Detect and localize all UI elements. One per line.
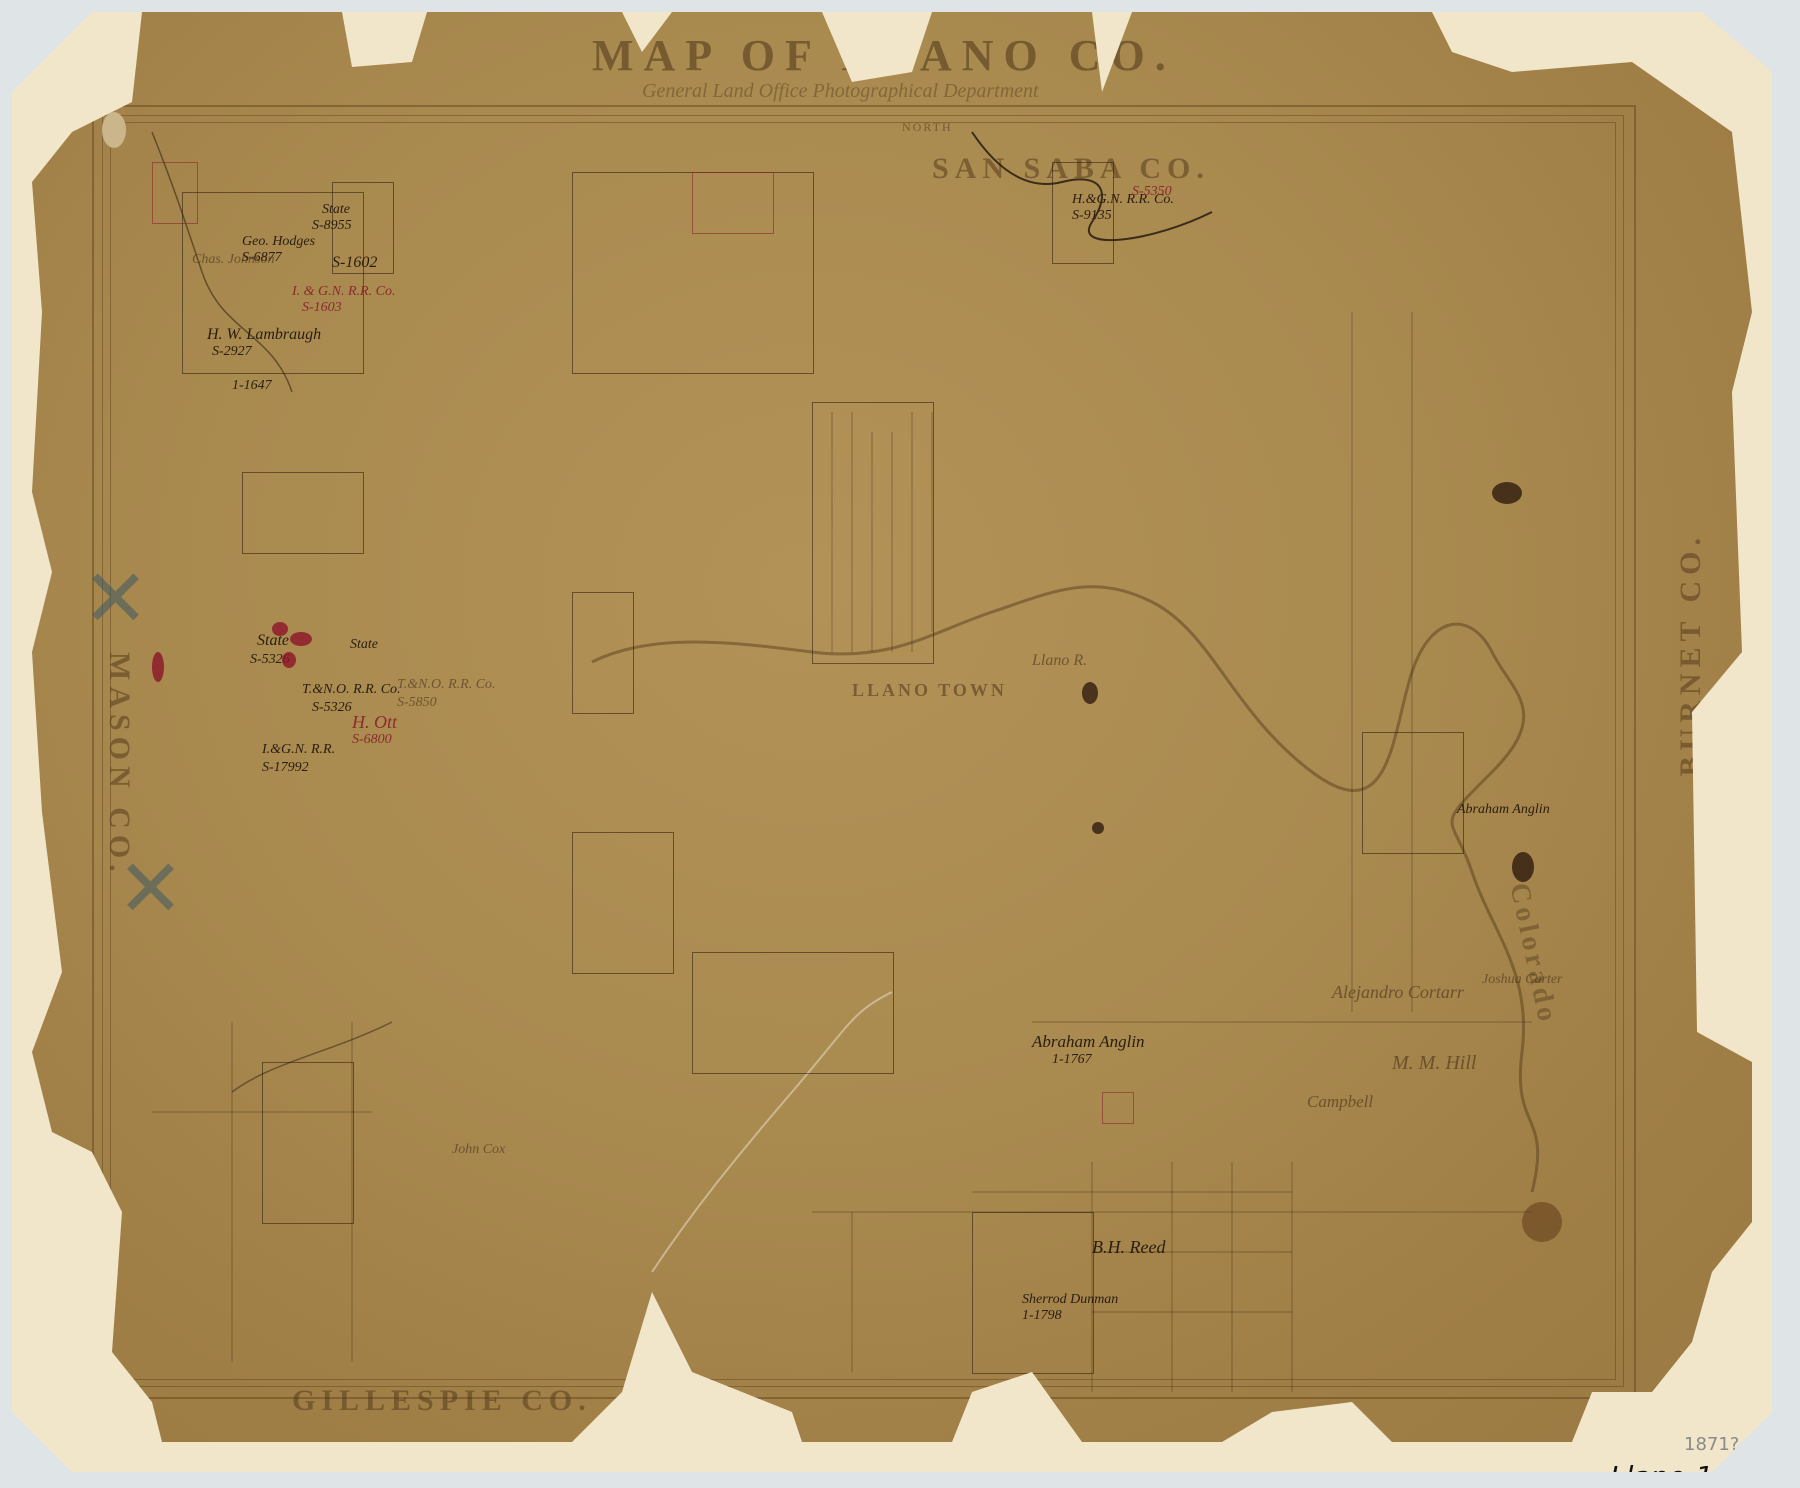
catalog-label: Llano-1850: [1610, 1460, 1767, 1488]
x-mark: ✕: [82, 552, 149, 645]
red-ink-stain: [272, 622, 288, 636]
survey-label: Sherrod Dunman: [1022, 1292, 1118, 1308]
ink-stain: [1082, 682, 1098, 704]
survey-number: 1-1767: [1052, 1052, 1092, 1068]
survey-label: I.&G.N. R.R.: [262, 742, 335, 758]
catalog-struck-year: 1850: [1696, 1460, 1767, 1488]
survey-tract: [1102, 1092, 1134, 1124]
catalog-dash: -: [1685, 1460, 1695, 1488]
ink-stain: [1492, 482, 1522, 504]
survey-label: Campbell: [1307, 1092, 1373, 1112]
survey-label: Abraham Anglin: [1032, 1032, 1145, 1052]
paper-hole: [102, 112, 126, 148]
survey-label: Geo. Hodges: [242, 234, 315, 250]
survey-tract: [812, 402, 934, 664]
survey-number: S-17992: [262, 760, 309, 776]
survey-number: S-8955: [312, 218, 352, 234]
catalog-county: Llano: [1610, 1460, 1685, 1488]
survey-tract: [692, 952, 894, 1074]
survey-label: Chas. Johnson: [192, 252, 274, 268]
survey-label: Abraham Anglin: [1457, 802, 1550, 818]
survey-label: John Cox: [452, 1142, 505, 1158]
map-sheet: MAP OF LLANO CO. General Land Office Pho…: [12, 12, 1772, 1472]
survey-label: Joshua Carter: [1482, 972, 1563, 988]
survey-number: S-1603: [302, 300, 342, 316]
survey-label: B.H. Reed: [1092, 1237, 1165, 1258]
survey-label: I. & G.N. R.R. Co.: [292, 284, 395, 300]
map-paper: MAP OF LLANO CO. General Land Office Pho…: [32, 12, 1752, 1442]
survey-number: S-5326: [312, 700, 352, 716]
survey-label: Alejandro Cortarr: [1332, 982, 1464, 1003]
survey-number: 1-1798: [1022, 1308, 1062, 1324]
red-ink-stain: [152, 652, 164, 682]
survey-tract: [262, 1062, 354, 1224]
survey-label: State: [350, 637, 378, 653]
survey-tract: [572, 592, 634, 714]
survey-tract: [692, 172, 774, 234]
x-mark: ✕: [117, 842, 184, 935]
water-stain: [1522, 1202, 1562, 1242]
survey-tract: [572, 832, 674, 974]
survey-label: S-5350: [1132, 184, 1172, 200]
survey-number: S-5850: [397, 695, 437, 711]
survey-label: T.&N.O. R.R. Co.: [302, 682, 401, 698]
survey-label: State: [322, 202, 350, 218]
survey-label: T.&N.O. R.R. Co.: [397, 677, 496, 693]
survey-tract: [1362, 732, 1464, 854]
red-ink-stain: [282, 652, 296, 668]
survey-tract: [242, 472, 364, 554]
survey-number: S-6800: [352, 732, 392, 748]
catalog-note: 1871?: [1684, 1434, 1739, 1455]
survey-label: H. Ott: [352, 712, 397, 733]
survey-label: 1-1647: [232, 378, 272, 394]
ink-stain: [1512, 852, 1534, 882]
survey-number: S-2927: [212, 344, 252, 360]
survey-label: H. W. Lambraugh: [207, 326, 321, 344]
ink-stain: [1092, 822, 1104, 834]
survey-number: S-1602: [332, 254, 377, 272]
red-ink-stain: [290, 632, 312, 646]
survey-label: M. M. Hill: [1392, 1052, 1476, 1075]
survey-number: S-9135: [1072, 208, 1112, 224]
